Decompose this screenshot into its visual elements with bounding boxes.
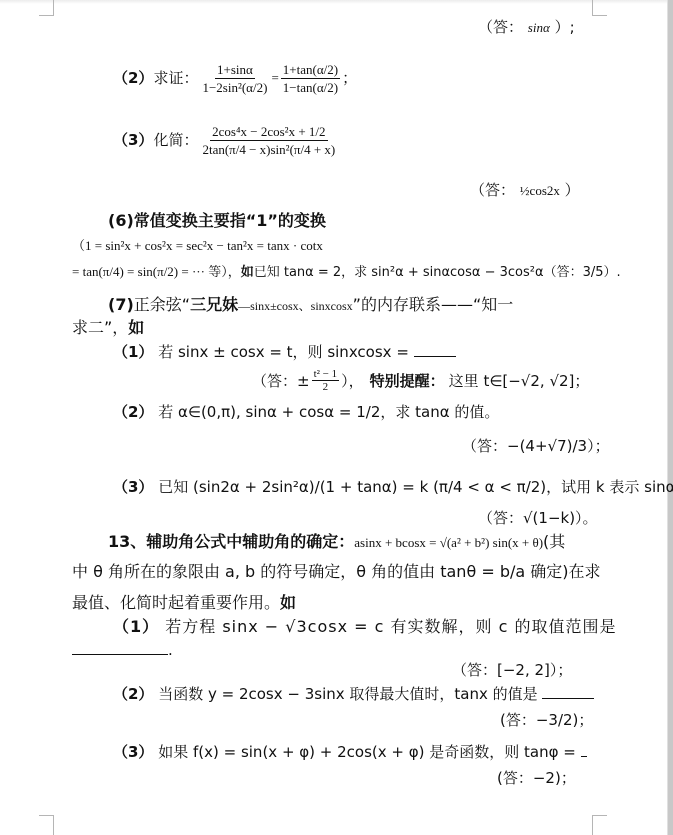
identity-line: （1 = sin²x + cos²x = sec²x − tan²x = tan…: [72, 236, 323, 256]
answer-7-1: （答：± t² − 1 2 ）， 特别提醒： 这里 t∈[−√2, √2]；: [252, 368, 589, 393]
simplify-fraction: 2cos⁴x − 2cos²x + 1/2 2tan(π/4 − x)sin²(…: [200, 123, 337, 158]
margin-corner-mark: [592, 15, 607, 16]
question-text: 当函数 y = 2cosx − 3sinx 取得最大值时，tanx 的值是: [158, 685, 537, 703]
fraction-numerator: 1+sinα: [215, 61, 255, 79]
text: 最值、化简时起着重要作用。: [72, 593, 280, 612]
section-number: (7): [108, 295, 134, 314]
answer-7-3: （答：√(1−k)）。: [478, 508, 598, 528]
section13-line3: 最值、化简时起着重要作用。如: [72, 593, 296, 613]
identity-example-line: = tan(π/4) = sin(π/2) = ··· 等），如已知 tanα …: [72, 262, 621, 283]
question-13-3: （3） 如果 f(x) = sin(x + φ) + 2cos(x + φ) 是…: [113, 742, 587, 762]
question-text: 若方程 sinx − √3cosx = c 有实数解，则 c 的取值范围是: [165, 617, 616, 636]
margin-corner-mark: [592, 815, 607, 816]
example-marker: 如: [280, 593, 296, 612]
fraction-numerator: 2cos⁴x − 2cos²x + 1/2: [210, 123, 327, 141]
question-label: （3）: [113, 478, 153, 496]
answer-suffix: ）;: [555, 18, 575, 36]
answer-prefix: （答：±: [252, 371, 310, 391]
question-7-1: （1） 若 sinx ± cosx = t，则 sinxcosx =: [113, 342, 456, 362]
answer-line: （答： ½cos2x ）: [470, 180, 580, 201]
vertical-scrollbar[interactable]: [667, 0, 673, 835]
question-7-3: （3） 已知 (sin2α + 2sin²α)/(1 + tanα) = k (…: [113, 477, 673, 497]
question-verb: 求证：: [153, 68, 198, 88]
answer-fraction: t² − 1 2: [312, 368, 340, 393]
section-heading-13: 13、辅助角公式中辅助角的确定：asinx + bcosx = √(a² + b…: [108, 532, 565, 553]
question-text: 若 sinx ± cosx = t，则 sinxcosx =: [158, 343, 409, 361]
answer-suffix: ）: [565, 181, 580, 199]
answer-blank: [72, 640, 168, 655]
question-prove: （2） 求证： 1+sinα 1−2sin²(α/2) = 1+tan(α/2)…: [113, 52, 357, 104]
lhs-fraction: 1+sinα 1−2sin²(α/2): [200, 61, 269, 96]
question-label: （1）: [113, 343, 153, 361]
answer-13-2: (答：−3/2)；: [500, 710, 593, 730]
fraction-denominator: 2: [321, 381, 331, 393]
answer-prefix: （答：: [470, 181, 515, 199]
heading-math: —sinx±cosx、sinxcosx: [238, 299, 353, 313]
answer-value: ½cos2x: [520, 183, 560, 198]
question-text: 已知 (sin2α + 2sin²α)/(1 + tanα) = k (π/4 …: [158, 478, 673, 496]
section-heading-6: (6)常值变换主要指“1”的变换: [108, 211, 326, 231]
question-simplify: （3） 化简： 2cos⁴x − 2cos²x + 1/2 2tan(π/4 −…: [113, 112, 339, 168]
page-top-shade: [0, 0, 668, 4]
question-end: ；: [342, 68, 357, 88]
question-verb: 化简：: [153, 130, 198, 150]
text: 求二”，: [72, 318, 128, 337]
question-label: （2）: [113, 685, 153, 703]
question-7-2: （2） 若 α∈(0,π), sinα + cosα = 1/2，求 tanα …: [113, 402, 499, 422]
heading-rest: ”的内存联系——“知一: [353, 295, 514, 314]
answer-13-3: (答：−2)；: [497, 768, 576, 788]
rhs-fraction: 1+tan(α/2) 1−tan(α/2): [281, 61, 340, 96]
answer-blank: [542, 684, 594, 699]
answer-7-2: （答：−(4+√7)/3）；: [462, 436, 610, 456]
example-marker: 如: [128, 318, 144, 337]
note-label: 特别提醒：: [370, 371, 445, 391]
answer-suffix: ），: [341, 371, 364, 391]
question-text: 若 α∈(0,π), sinα + cosα = 1/2，求 tanα 的值。: [158, 403, 499, 421]
auxiliary-angle-formula: asinx + bcosx = √(a² + b²) sin(x + θ): [354, 535, 543, 550]
fraction-denominator: 1−tan(α/2): [281, 79, 340, 96]
heading-text: 13、辅助角公式中辅助角的确定：: [108, 532, 354, 551]
section13-line2: 中 θ 角所在的象限由 a, b 的符号确定，θ 角的值由 tanθ = b/a…: [72, 562, 601, 582]
margin-corner-mark: [39, 815, 54, 816]
question-label: （2）: [113, 403, 153, 421]
answer-prefix: （答：: [478, 18, 523, 36]
answer-blank: [414, 342, 456, 357]
margin-corner-mark: [39, 15, 54, 16]
margin-corner-mark: [53, 0, 54, 15]
answer-blank-line: .: [72, 640, 173, 660]
note-text: 这里 t∈[−√2, √2]；: [449, 371, 590, 391]
fraction-numerator: t² − 1: [312, 368, 340, 381]
example-marker: 如: [241, 265, 254, 280]
heading-text: 正余弦“: [134, 295, 190, 314]
section7-line2: 求二”，如: [72, 318, 144, 338]
margin-corner-mark: [53, 815, 54, 835]
margin-corner-mark: [592, 815, 593, 835]
answer-blank: [581, 742, 587, 757]
fraction-denominator: 2tan(π/4 − x)sin²(π/4 + x): [200, 141, 337, 158]
answer-13-1: （答：[−2, 2]）；: [452, 660, 572, 680]
text: (其: [543, 532, 565, 551]
question-label: （2）: [113, 68, 153, 88]
margin-corner-mark: [592, 0, 593, 15]
question-13-1: （1） 若方程 sinx − √3cosx = c 有实数解，则 c 的取值范围…: [113, 617, 617, 637]
question-text: 如果 f(x) = sin(x + φ) + 2cos(x + φ) 是奇函数，…: [158, 743, 576, 761]
text: .: [168, 641, 173, 659]
section-heading-7: (7)正余弦“三兄妹—sinx±cosx、sinxcosx”的内存联系——“知一: [108, 295, 513, 316]
question-13-2: （2） 当函数 y = 2cosx − 3sinx 取得最大值时，tanx 的值…: [113, 684, 594, 704]
fraction-denominator: 1−2sin²(α/2): [200, 79, 269, 96]
heading-bold: 三兄妹: [190, 295, 238, 314]
question-label: （3）: [113, 130, 153, 150]
example-text: 已知 tanα = 2，求 sin²α + sinαcosα − 3cos²α（…: [254, 265, 621, 280]
fraction-numerator: 1+tan(α/2): [281, 61, 340, 79]
answer-value: sinα: [528, 20, 550, 35]
identity-continuation: = tan(π/4) = sin(π/2) = ··· 等），: [72, 264, 241, 279]
answer-line: （答： sinα ）;: [478, 17, 575, 38]
question-label: （1）: [113, 617, 159, 636]
question-label: （3）: [113, 743, 153, 761]
